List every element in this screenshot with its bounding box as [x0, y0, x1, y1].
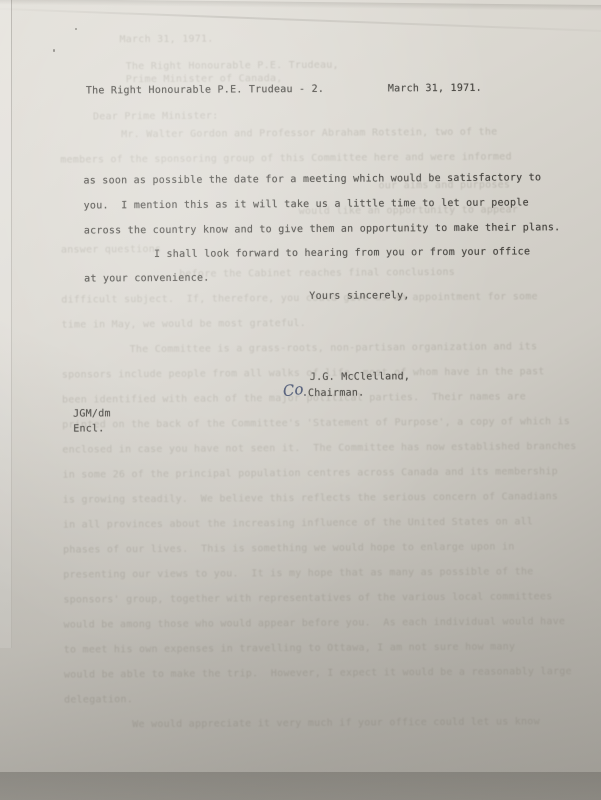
annotation-layer: Co — [0, 0, 601, 800]
handwritten-co-annotation: Co — [282, 380, 305, 400]
dust-speck — [53, 49, 55, 52]
dust-speck — [75, 28, 77, 30]
ink-dot — [304, 394, 306, 396]
photo-background: March 31, 1971.The Right Honourable P.E.… — [0, 0, 601, 800]
